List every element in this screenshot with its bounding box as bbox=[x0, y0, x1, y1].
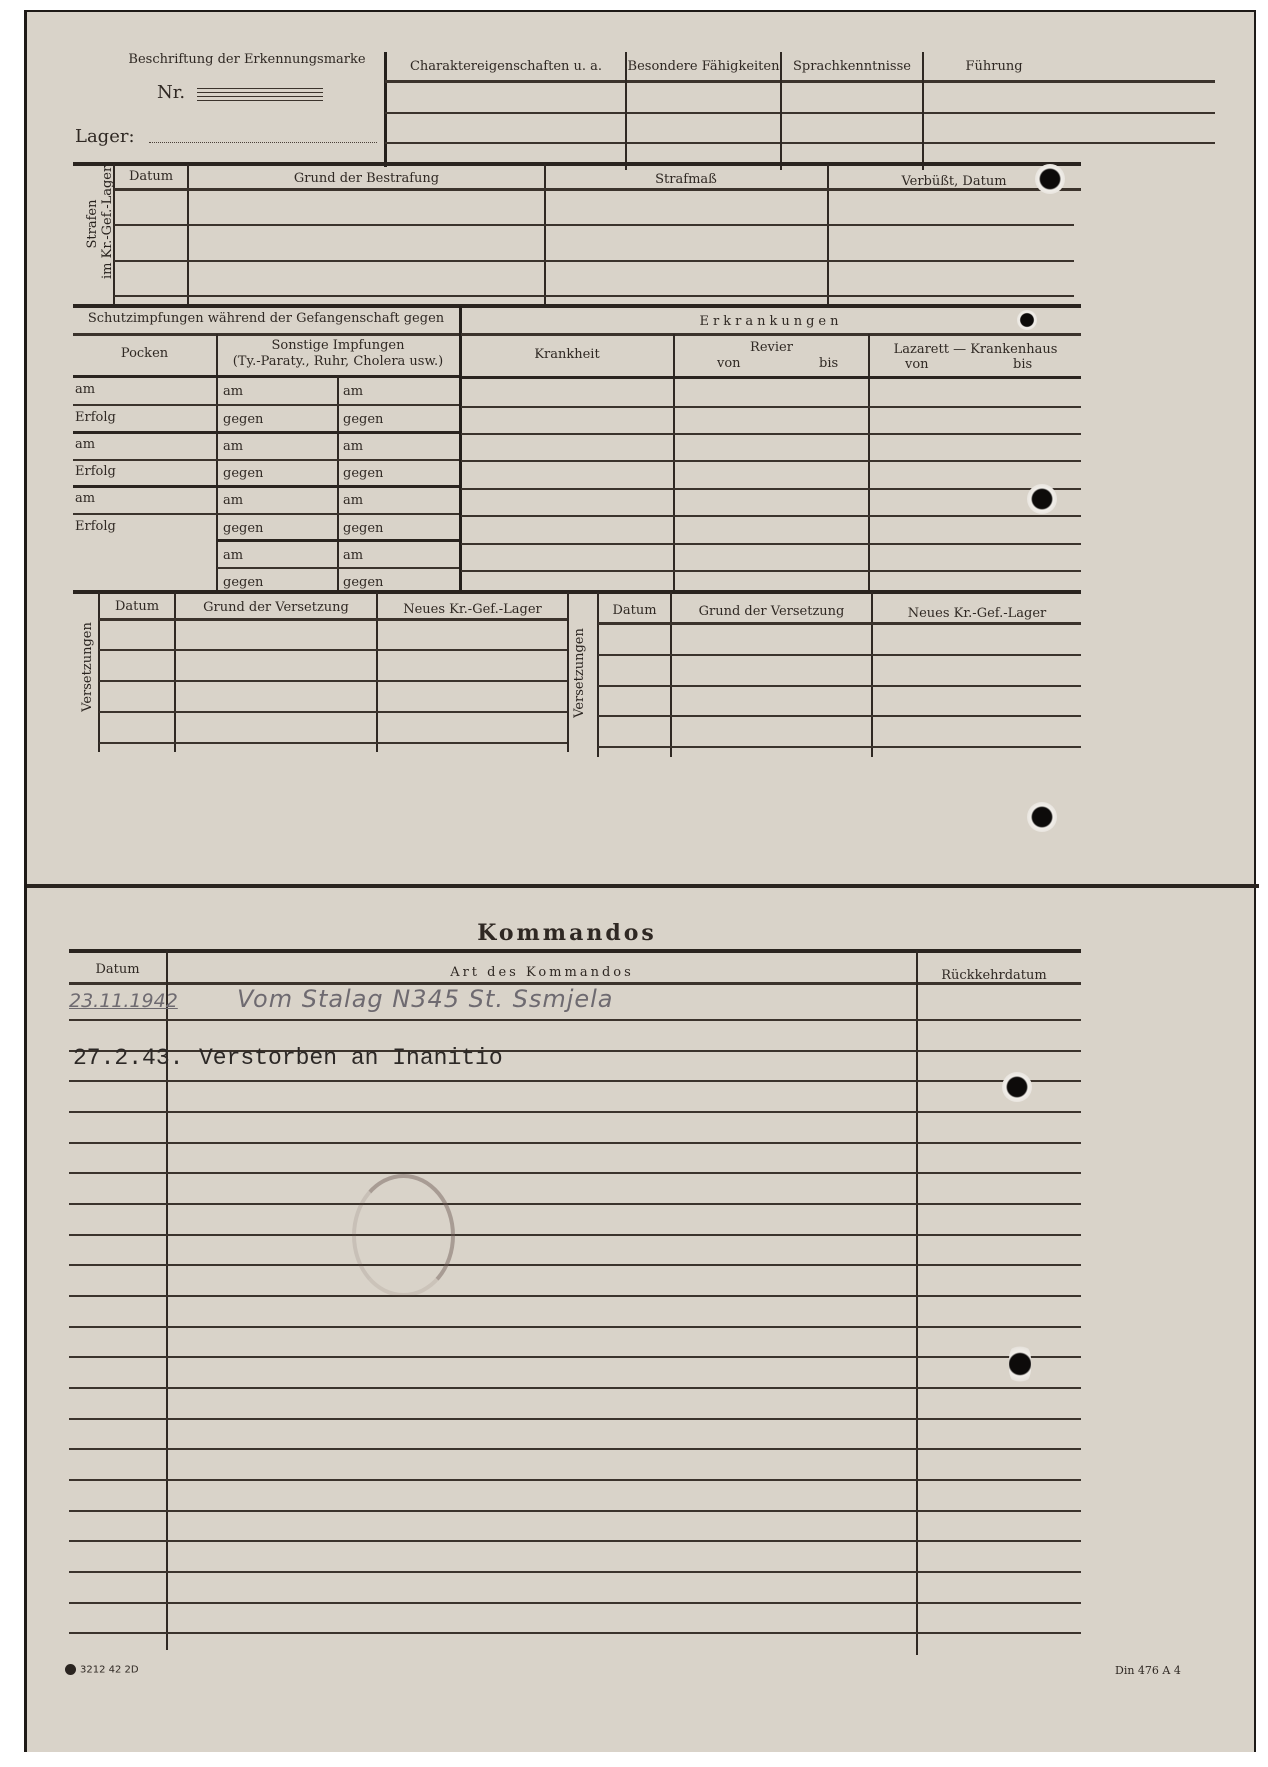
versetzungen-col-grund: Grund der Versetzung bbox=[176, 600, 376, 615]
rule bbox=[69, 1080, 1081, 1082]
rule bbox=[385, 112, 1215, 114]
kommandos-col-art: Art des Kommandos bbox=[167, 965, 917, 980]
versetzungen-side-label-left: Versetzungen bbox=[80, 617, 98, 717]
printer-mark-icon bbox=[65, 1664, 76, 1675]
rule bbox=[69, 1510, 1081, 1512]
rule bbox=[69, 1448, 1081, 1450]
section-rule bbox=[69, 949, 1081, 953]
divider bbox=[337, 376, 339, 592]
kommando-entry-2-art: Verstorben an Inanitio bbox=[199, 1045, 503, 1071]
rule bbox=[598, 622, 1081, 625]
sonstige-am-2: am bbox=[343, 384, 363, 399]
din-label: Din 476 A 4 bbox=[1115, 1664, 1181, 1677]
rule bbox=[217, 539, 459, 542]
rule bbox=[385, 80, 1215, 83]
divider bbox=[567, 592, 569, 752]
rule bbox=[73, 375, 459, 378]
divider bbox=[113, 164, 115, 304]
rule bbox=[99, 618, 567, 621]
rule bbox=[461, 460, 1081, 462]
lager-field[interactable] bbox=[149, 142, 377, 143]
rule bbox=[69, 1264, 1081, 1266]
punch-hole bbox=[1009, 1344, 1031, 1384]
rule bbox=[69, 1142, 1081, 1144]
versetzungen-col-datum: Datum bbox=[100, 599, 174, 614]
divider bbox=[868, 334, 870, 592]
rule bbox=[598, 654, 1081, 656]
rule bbox=[69, 1295, 1081, 1297]
punch-hole bbox=[1027, 484, 1057, 514]
sonstige-am-2: am bbox=[343, 493, 363, 508]
rule bbox=[73, 513, 459, 515]
lazarett-bis: bis bbox=[1013, 357, 1032, 372]
section-rule bbox=[73, 162, 1081, 166]
pocken-erfolg: Erfolg bbox=[75, 519, 116, 534]
rule bbox=[598, 746, 1081, 748]
divider bbox=[216, 334, 218, 592]
nr-field[interactable] bbox=[197, 88, 323, 89]
sonstige-am: am bbox=[223, 439, 243, 454]
prisoner-record-card-back: Beschriftung der Erkennungsmarke Nr. Lag… bbox=[24, 10, 1256, 1752]
versetzungen2-col-grund: Grund der Versetzung bbox=[672, 604, 871, 619]
rule bbox=[69, 1019, 1081, 1021]
rule bbox=[461, 433, 1081, 435]
sonstige-label-1: Sonstige Impfungen bbox=[217, 338, 459, 354]
rule bbox=[69, 1479, 1081, 1481]
pocken-am: am bbox=[75, 382, 95, 397]
rule bbox=[461, 376, 1081, 379]
pocken-label: Pocken bbox=[73, 346, 216, 361]
punch-hole bbox=[1035, 164, 1065, 194]
rule bbox=[69, 1418, 1081, 1420]
rule bbox=[99, 711, 567, 713]
strafen-col-grund: Grund der Bestrafung bbox=[189, 171, 544, 186]
strafen-label-1: Strafen bbox=[85, 169, 100, 279]
rule bbox=[461, 515, 1081, 517]
rule bbox=[69, 1540, 1081, 1542]
rule bbox=[69, 1571, 1081, 1573]
divider bbox=[673, 334, 675, 592]
strafen-col-datum: Datum bbox=[115, 169, 187, 184]
rule bbox=[73, 431, 459, 434]
erkennungsmarke-label: Beschriftung der Erkennungsmarke bbox=[97, 52, 397, 67]
rule bbox=[385, 142, 1215, 144]
section-rule bbox=[73, 304, 1081, 308]
kommando-entry-1-art: Vom Stalag N345 St. Ssmjela bbox=[237, 985, 614, 1013]
strafen-col-strafmass: Strafmaß bbox=[546, 172, 826, 187]
sonstige-gegen: gegen bbox=[223, 575, 263, 590]
sonstige-label: Sonstige Impfungen (Ty.-Paraty., Ruhr, C… bbox=[217, 338, 459, 370]
sonstige-label-2: (Ty.-Paraty., Ruhr, Cholera usw.) bbox=[217, 354, 459, 370]
pocken-erfolg: Erfolg bbox=[75, 464, 116, 479]
sonstige-gegen-2: gegen bbox=[343, 412, 383, 427]
sonstige-gegen-2: gegen bbox=[343, 521, 383, 536]
sonstige-gegen-2: gegen bbox=[343, 575, 383, 590]
nr-label: Nr. bbox=[157, 82, 185, 103]
rule bbox=[73, 459, 459, 461]
col-sprachkenntnisse: Sprachkenntnisse bbox=[782, 59, 922, 74]
rule bbox=[99, 680, 567, 682]
divider bbox=[916, 950, 918, 1655]
rule bbox=[217, 567, 459, 569]
sonstige-gegen: gegen bbox=[223, 412, 263, 427]
sonstige-am-2: am bbox=[343, 439, 363, 454]
revier-bis: bis bbox=[819, 356, 838, 371]
versetzungen-col-lager: Neues Kr.-Gef.-Lager bbox=[378, 602, 567, 617]
sonstige-am: am bbox=[223, 493, 243, 508]
divider bbox=[98, 592, 100, 752]
lazarett-von: von bbox=[905, 357, 929, 372]
section-rule bbox=[73, 590, 1081, 594]
print-code: 3212 42 2D bbox=[65, 1664, 139, 1676]
rule bbox=[69, 1326, 1081, 1328]
rule bbox=[69, 1172, 1081, 1174]
sonstige-am: am bbox=[223, 384, 243, 399]
rule bbox=[114, 224, 1074, 226]
lager-label: Lager: bbox=[75, 126, 135, 147]
pocken-erfolg: Erfolg bbox=[75, 410, 116, 425]
rule bbox=[461, 406, 1081, 408]
rule bbox=[99, 742, 567, 744]
rule bbox=[69, 1111, 1081, 1113]
impfungen-title: Schutzimpfungen während der Gefangenscha… bbox=[73, 311, 459, 326]
pocken-am: am bbox=[75, 437, 95, 452]
kommando-entry-2-datum: 27.2.43. bbox=[73, 1045, 183, 1071]
rule bbox=[461, 543, 1081, 545]
kommandos-title: Kommandos bbox=[67, 920, 1067, 946]
kommandos-col-rueckkehr: Rückkehrdatum bbox=[919, 968, 1069, 983]
divider bbox=[174, 592, 176, 752]
rule bbox=[69, 1602, 1081, 1604]
revier-label: Revier bbox=[675, 340, 868, 355]
versetzungen2-col-datum: Datum bbox=[599, 603, 670, 618]
stamp-mark bbox=[352, 1174, 455, 1297]
col-faehigkeiten: Besondere Fähigkeiten bbox=[627, 59, 780, 74]
punch-hole bbox=[1017, 310, 1037, 330]
rule bbox=[69, 1632, 1081, 1634]
sonstige-am: am bbox=[223, 548, 243, 563]
rule bbox=[114, 260, 1074, 262]
rule bbox=[461, 488, 1081, 490]
rule bbox=[73, 404, 459, 406]
rule bbox=[69, 1356, 1081, 1358]
kommandos-col-datum: Datum bbox=[69, 962, 166, 977]
punch-hole bbox=[1027, 802, 1057, 832]
rule bbox=[73, 485, 459, 488]
rule bbox=[69, 1234, 1081, 1236]
rule bbox=[598, 685, 1081, 687]
sonstige-am-2: am bbox=[343, 548, 363, 563]
rule bbox=[598, 715, 1081, 717]
rule bbox=[69, 1387, 1081, 1389]
col-charakter: Charaktereigenschaften u. a. bbox=[387, 59, 625, 74]
rule bbox=[99, 649, 567, 651]
pocken-am: am bbox=[75, 491, 95, 506]
lazarett-label: Lazarett — Krankenhaus bbox=[870, 342, 1081, 357]
versetzungen-side-label-right: Versetzungen bbox=[572, 623, 590, 723]
sonstige-gegen-2: gegen bbox=[343, 466, 383, 481]
rule bbox=[114, 295, 1074, 297]
fold-line bbox=[27, 884, 1259, 888]
sonstige-gegen: gegen bbox=[223, 521, 263, 536]
sonstige-gegen: gegen bbox=[223, 466, 263, 481]
revier-von: von bbox=[717, 356, 741, 371]
kommando-entry-1-datum: 23.11.1942 bbox=[69, 990, 178, 1012]
punch-hole bbox=[1002, 1072, 1032, 1102]
col-fuehrung: Führung bbox=[924, 59, 1064, 74]
rule bbox=[73, 333, 459, 336]
erkrankungen-title: Erkrankungen bbox=[461, 314, 1081, 329]
rule bbox=[461, 570, 1081, 572]
krankheit-label: Krankheit bbox=[461, 347, 673, 362]
versetzungen2-col-lager: Neues Kr.-Gef.-Lager bbox=[873, 606, 1081, 621]
rule bbox=[69, 1203, 1081, 1205]
print-code-text: 3212 42 2D bbox=[80, 1665, 139, 1676]
rule bbox=[461, 333, 1081, 336]
